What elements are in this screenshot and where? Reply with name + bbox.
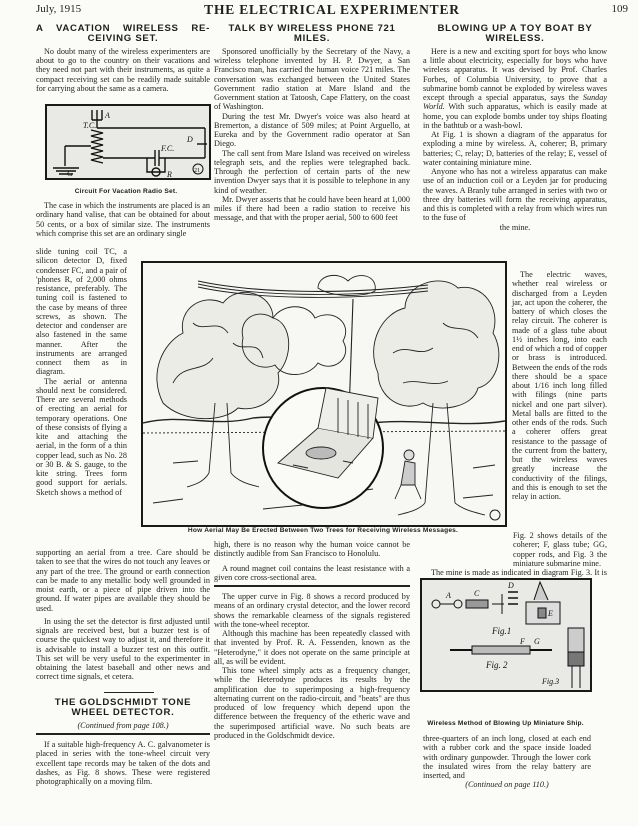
fig2-label: Fig. 2 [485, 660, 508, 670]
paragraph: During the test Mr. Dwyer's voice was al… [214, 112, 410, 149]
svg-text:A: A [445, 591, 451, 600]
svg-text:C: C [474, 589, 480, 598]
paragraph: The aerial or antenna should next be con… [36, 377, 127, 497]
article-talk-continued: high, there is no reason why the human v… [214, 540, 410, 740]
paragraph: Fig. 2 shows details of the coherer; F, … [423, 531, 607, 568]
article-title: THE GOLDSCHMIDT TONE WHEEL DETECTOR. [36, 698, 210, 719]
divider [104, 692, 154, 693]
paragraph: Here is a new and exciting sport for boy… [423, 47, 607, 130]
svg-text:D: D [507, 581, 514, 590]
divider [214, 585, 410, 587]
label-fc: F.C. [160, 144, 174, 153]
article-title: A VACATION WIRELESS RE- CEIVING SET. [36, 24, 210, 45]
paragraph: the mine. [423, 223, 607, 232]
title-line: CEIVING SET. [36, 34, 210, 44]
svg-text:21: 21 [194, 168, 200, 174]
paragraph: Although this machine has been repeatedl… [214, 629, 410, 666]
divider [36, 733, 210, 735]
magnet-note: A round magnet coil contains the least r… [214, 564, 410, 583]
magazine-title: THE ELECTRICAL EXPERIMENTER [36, 2, 628, 18]
circuit-diagram: A T.C. F.C. D R G 21 [47, 106, 209, 178]
paragraph: Anyone who has not a wireless apparatus … [423, 167, 607, 223]
article-vacation-continued: The case in which the instruments are pl… [36, 201, 210, 238]
article-title: BLOWING UP A TOY BOAT BY WIRELESS. [423, 24, 607, 45]
article-goldschmidt: THE GOLDSCHMIDT TONE WHEEL DETECTOR. (Co… [36, 698, 210, 786]
label-tc: T.C. [83, 121, 96, 130]
page-number: 109 [612, 3, 629, 15]
paragraph: supporting an aerial from a tree. Care s… [36, 548, 210, 613]
toy-boat-diagram: A C D E Fig.1 F G Fig. 2 Fig.3 [422, 580, 590, 690]
toy-boat-diagram-figure: A C D E Fig.1 F G Fig. 2 Fig.3 [420, 578, 592, 692]
article-title: TALK BY WIRELESS PHONE 721 MILES. [214, 24, 410, 45]
figure-caption: Wireless Method of Blowing Up Miniature … [418, 720, 593, 727]
svg-text:E: E [547, 609, 553, 618]
text-run: Here is a new and exciting sport for boy… [423, 47, 607, 102]
text-run: With such apparatus, which is easily mad… [423, 102, 607, 130]
paragraph: slide tuning coil TC, a silicon detector… [36, 247, 127, 377]
paragraph: Sponsored unofficially by the Secretary … [214, 47, 410, 112]
svg-text:G: G [534, 637, 540, 646]
label-d: D [186, 135, 193, 144]
aerial-trees-illustration [141, 261, 507, 527]
paragraph: The case in which the instruments are pl… [36, 201, 210, 238]
article-toy-boat-narrow: The electric waves, whether real wireles… [512, 270, 607, 501]
label-g: G [67, 169, 73, 178]
title-line: WHEEL DETECTOR. [36, 708, 210, 718]
article-toy-boat-end: three-quarters of an inch long, closed a… [423, 734, 591, 790]
article-talk-wireless-phone: TALK BY WIRELESS PHONE 721 MILES. Sponso… [214, 24, 410, 223]
article-vacation-set: A VACATION WIRELESS RE- CEIVING SET. No … [36, 24, 210, 93]
figure-caption: Circuit For Vacation Radio Set. [45, 188, 207, 195]
svg-text:F: F [519, 637, 525, 646]
title-line: MILES. [214, 34, 410, 44]
paragraph: If a suitable high-frequency A. C. galva… [36, 740, 210, 786]
paragraph: In using the set the detector is first a… [36, 617, 210, 682]
fig1-label: Fig.1 [491, 626, 511, 636]
continued-on: (Continued on page 110.) [423, 780, 591, 789]
paragraph: This tone wheel simply acts as a frequen… [214, 666, 410, 740]
article-vacation-narrow: slide tuning coil TC, a silicon detector… [36, 247, 127, 497]
article-vacation-bottom: supporting an aerial from a tree. Care s… [36, 548, 210, 682]
circuit-diagram-figure: A T.C. F.C. D R G 21 [45, 104, 211, 180]
aerial-trees-drawing [143, 263, 505, 525]
paragraph: Mr. Dwyer asserts that he could have bee… [214, 195, 410, 223]
label-r: R [166, 170, 172, 178]
article-toy-boat: BLOWING UP A TOY BOAT BY WIRELESS. Here … [423, 24, 607, 232]
label-a: A [104, 111, 110, 120]
paragraph: high, there is no reason why the human v… [214, 540, 410, 559]
paragraph: At Fig. 1 is shown a diagram of the appa… [423, 130, 607, 167]
paragraph: The electric waves, whether real wireles… [512, 270, 607, 501]
fig3-label: Fig.3 [541, 677, 559, 686]
continued-from: (Continued from page 108.) [36, 721, 210, 730]
paragraph: three-quarters of an inch long, closed a… [423, 734, 591, 780]
paragraph: No doubt many of the wireless experiment… [36, 47, 210, 93]
title-line: WIRELESS. [423, 34, 607, 44]
paragraph: The upper curve in Fig. 8 shows a record… [214, 592, 410, 629]
paragraph: The call sent from Mare Island was recei… [214, 149, 410, 195]
running-head: July, 1915 THE ELECTRICAL EXPERIMENTER 1… [36, 2, 628, 20]
